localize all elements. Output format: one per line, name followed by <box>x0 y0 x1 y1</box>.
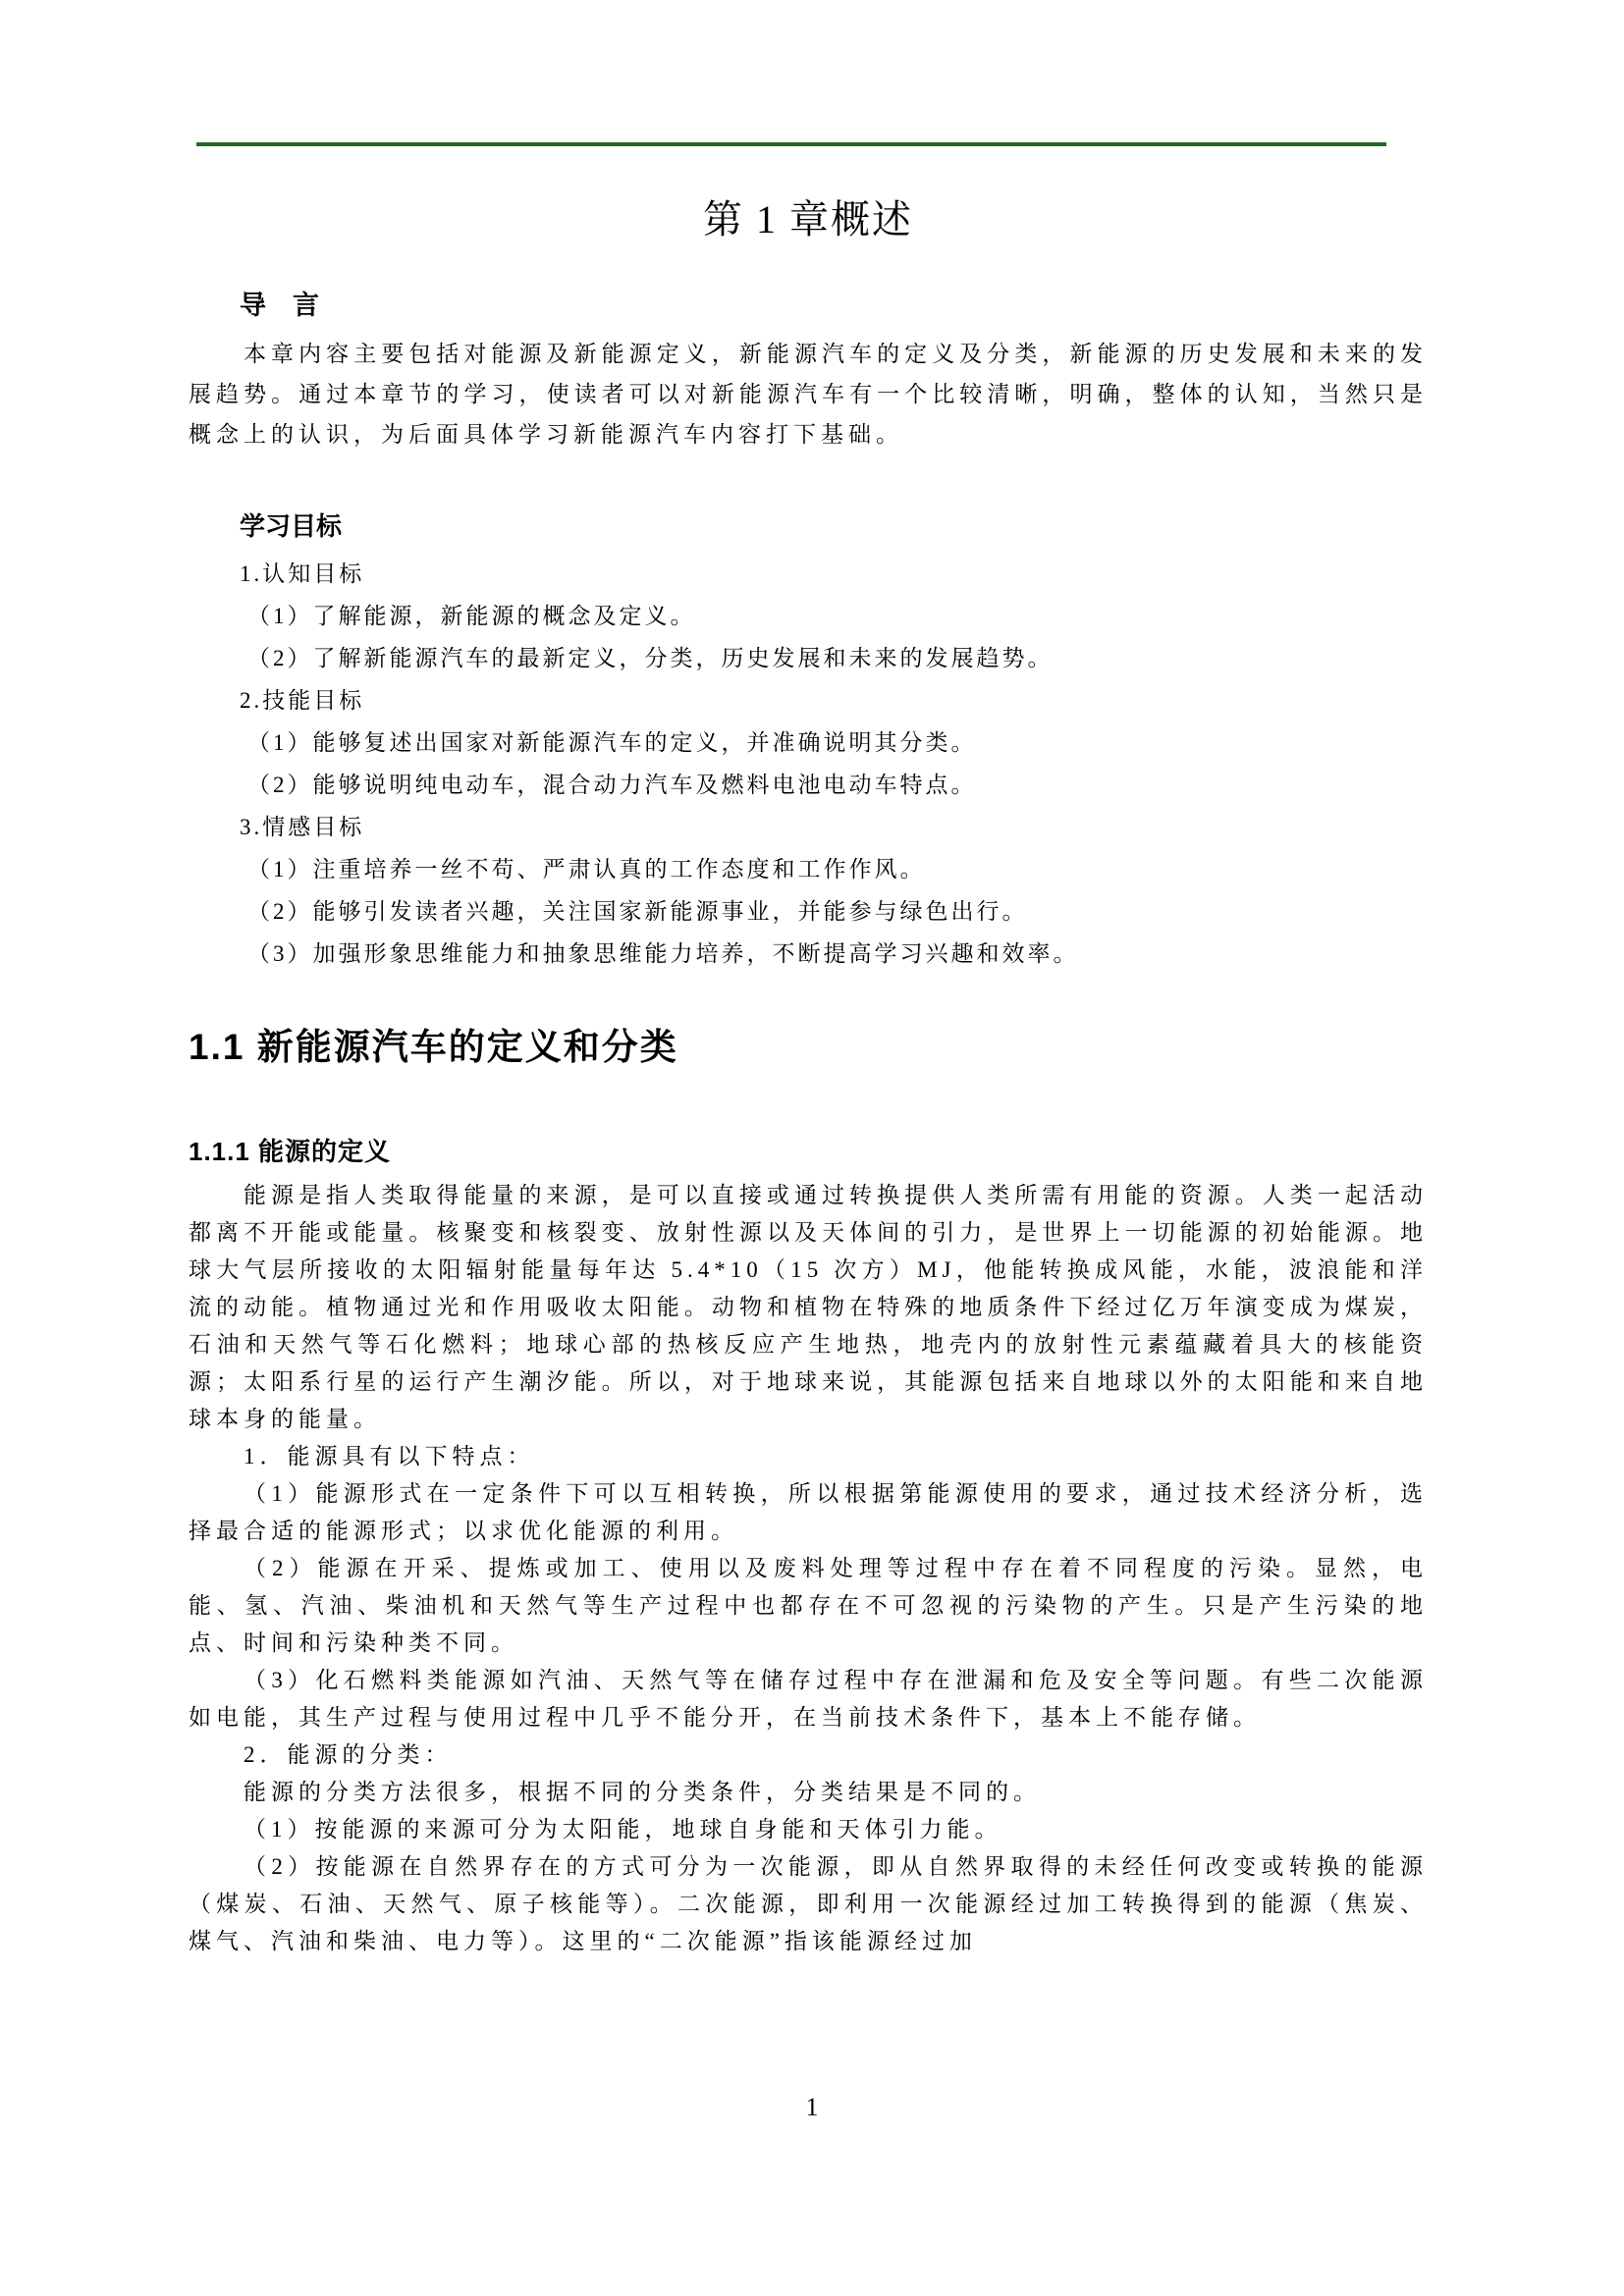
objective-item: （1）注重培养一丝不苟、严肃认真的工作态度和工作作风。 <box>189 848 1428 890</box>
page-content: 第 1 章概述 导 言 本章内容主要包括对能源及新能源定义，新能源汽车的定义及分… <box>189 0 1428 1960</box>
section-heading: 1.1 新能源汽车的定义和分类 <box>189 1024 1428 1071</box>
objective-item: （2）能够说明纯电动车，混合动力汽车及燃料电池电动车特点。 <box>189 764 1428 806</box>
body-paragraph: （1）能源形式在一定条件下可以互相转换，所以根据第能源使用的要求，通过技术经济分… <box>189 1475 1428 1550</box>
subsection-heading: 1.1.1 能源的定义 <box>189 1134 1428 1169</box>
document-page: 第 1 章概述 导 言 本章内容主要包括对能源及新能源定义，新能源汽车的定义及分… <box>0 0 1624 2296</box>
body-paragraph: （1）按能源的来源可分为太阳能，地球自身能和天体引力能。 <box>189 1811 1428 1848</box>
page-number: 1 <box>0 2091 1624 2124</box>
objective-item: （2）了解新能源汽车的最新定义，分类，历史发展和未来的发展趋势。 <box>189 637 1428 679</box>
objective-item-emotion: 3.情感目标 <box>189 806 1428 848</box>
objective-item: （1）了解能源，新能源的概念及定义。 <box>189 595 1428 637</box>
objective-item: （2）能够引发读者兴趣，关注国家新能源事业，并能参与绿色出行。 <box>189 890 1428 933</box>
intro-paragraph: 本章内容主要包括对能源及新能源定义，新能源汽车的定义及分类，新能源的历史发展和未… <box>189 334 1428 454</box>
body-paragraph: 1．能源具有以下特点： <box>189 1438 1428 1475</box>
objective-item-cognitive: 1.认知目标 <box>189 553 1428 595</box>
body-paragraph: 能源的分类方法很多，根据不同的分类条件，分类结果是不同的。 <box>189 1774 1428 1811</box>
body-paragraph: （2）能源在开采、提炼或加工、使用以及废料处理等过程中存在着不同程度的污染。显然… <box>189 1550 1428 1662</box>
body-paragraph: （3）化石燃料类能源如汽油、天然气等在储存过程中存在泄漏和危及安全等问题。有些二… <box>189 1662 1428 1736</box>
objectives-list: 1.认知目标 （1）了解能源，新能源的概念及定义。 （2）了解新能源汽车的最新定… <box>189 553 1428 975</box>
objectives-heading: 学习目标 <box>189 509 1428 543</box>
body-paragraph: 能源是指人类取得能量的来源，是可以直接或通过转换提供人类所需有用能的资源。人类一… <box>189 1177 1428 1438</box>
body-paragraph: 2．能源的分类： <box>189 1736 1428 1774</box>
objective-item: （1）能够复述出国家对新能源汽车的定义，并准确说明其分类。 <box>189 721 1428 764</box>
objective-item: （3）加强形象思维能力和抽象思维能力培养，不断提高学习兴趣和效率。 <box>189 933 1428 975</box>
objective-item-skill: 2.技能目标 <box>189 679 1428 721</box>
body-paragraph: （2）按能源在自然界存在的方式可分为一次能源，即从自然界取得的未经任何改变或转换… <box>189 1848 1428 1960</box>
chapter-title: 第 1 章概述 <box>189 194 1428 245</box>
intro-heading: 导 言 <box>189 289 1428 322</box>
